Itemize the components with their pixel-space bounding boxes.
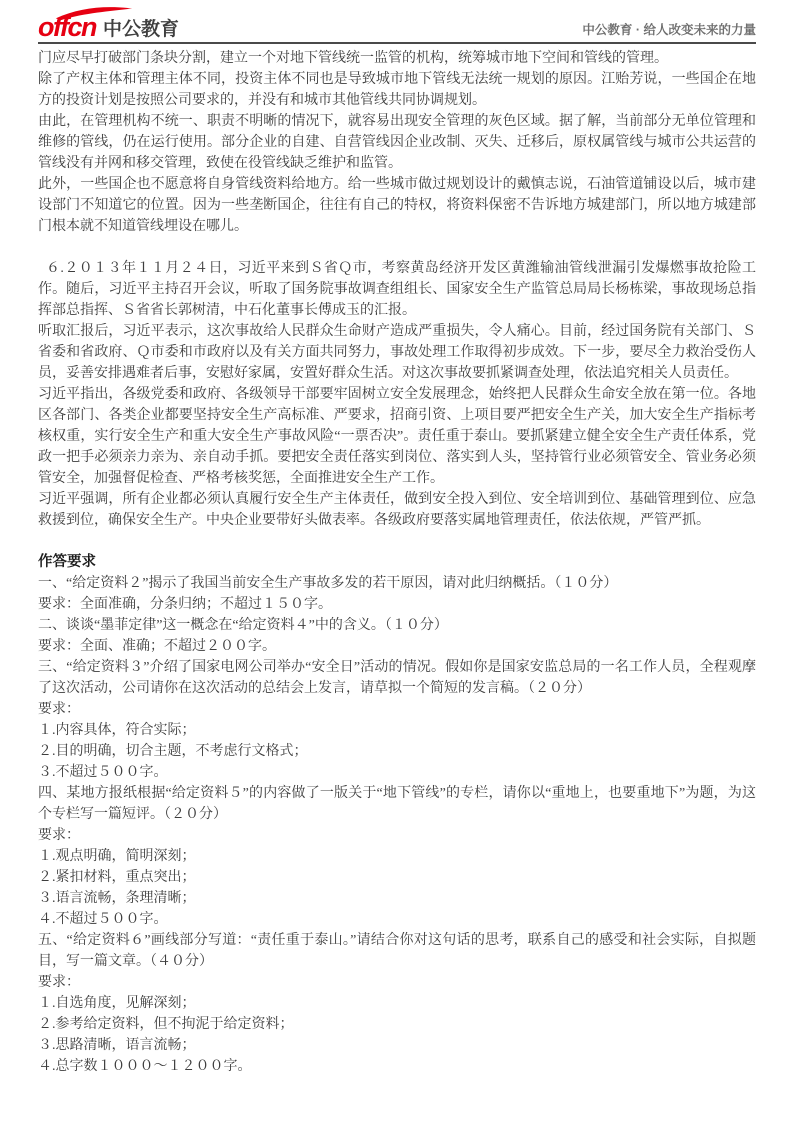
answer-line-requirement-label: 要求： [38, 825, 756, 846]
answer-line-requirement-item: ３.思路清晰，语言流畅； [38, 1035, 756, 1056]
body-paragraph: 除了产权主体和管理主体不同，投资主体不同也是导致城市地下管线无法统一规划的原因。… [38, 69, 756, 111]
blank-line [38, 531, 756, 552]
body-paragraph: 习近平指出，各级党委和政府、各级领导干部要牢固树立安全发展理念，始终把人民群众生… [38, 384, 756, 489]
offcn-logo: offcn 中公教育 [38, 16, 179, 39]
answer-line-requirement-item: ４.不超过５００字。 [38, 909, 756, 930]
answer-line-requirement-item: ４.总字数１０００～１２００字。 [38, 1056, 756, 1077]
answer-requirements-heading: 作答要求 [38, 552, 756, 573]
answer-line-requirement-item: ２.参考给定资料，但不拘泥于给定资料； [38, 1014, 756, 1035]
blank-line [38, 237, 756, 258]
logo-chinese-text: 中公教育 [103, 20, 179, 39]
header-slogan: 中公教育 · 给人改变未来的力量 [582, 20, 756, 39]
page-header: offcn 中公教育 中公教育 · 给人改变未来的力量 [38, 10, 756, 44]
document-page: offcn 中公教育 中公教育 · 给人改变未来的力量 门应尽早打破部门条块分割… [0, 0, 794, 1123]
answer-line-requirement: 要求：全面准确，分条归纳；不超过１５０字。 [38, 594, 756, 615]
answer-line-requirement-item: ３.语言流畅，条理清晰； [38, 888, 756, 909]
answer-line-question-1: 一、“给定资料２”揭示了我国当前安全生产事故多发的若干原因，请对此归纳概括。（１… [38, 573, 756, 594]
body-paragraph: ６.２０１３年１１月２４日，习近平来到Ｓ省Ｑ市，考察黄岛经济开发区黄潍输油管线泄… [38, 258, 756, 321]
body-paragraph: 门应尽早打破部门条块分割，建立一个对地下管线统一监管的机构，统筹城市地下空间和管… [38, 48, 756, 69]
answer-line-question-3: 三、“给定资料３”介绍了国家电网公司举办“安全日”活动的情况。假如你是国家安监总… [38, 657, 756, 699]
answer-line-requirement-item: １.内容具体，符合实际； [38, 720, 756, 741]
body-paragraph: 由此，在管理机构不统一、职责不明晰的情况下，就容易出现安全管理的灰色区域。据了解… [38, 111, 756, 174]
answer-line-requirement: 要求：全面、准确；不超过２００字。 [38, 636, 756, 657]
answer-line-requirement-item: ２.紧扣材料，重点突出； [38, 867, 756, 888]
answer-line-question-5: 五、“给定资料６”画线部分写道：“责任重于泰山。”请结合你对这句话的思考，联系自… [38, 930, 756, 972]
document-body: 门应尽早打破部门条块分割，建立一个对地下管线统一监管的机构，统筹城市地下空间和管… [38, 44, 756, 1077]
answer-line-requirement-label: 要求： [38, 699, 756, 720]
body-paragraph: 听取汇报后，习近平表示，这次事故给人民群众生命财产造成严重损失，令人痛心。目前，… [38, 321, 756, 384]
answer-line-question-2: 二、谈谈“墨菲定律”这一概念在“给定资料４”中的含义。（１０分） [38, 615, 756, 636]
logo-swoosh-icon [52, 5, 136, 21]
answer-line-requirement-item: １.自选角度，见解深刻； [38, 993, 756, 1014]
answer-line-requirement-item: １.观点明确，简明深刻； [38, 846, 756, 867]
answer-line-requirement-item: ２.目的明确，切合主题，不考虑行文格式； [38, 741, 756, 762]
answer-line-question-4: 四、某地方报纸根据“给定资料５”的内容做了一版关于“地下管线”的专栏，请你以“重… [38, 783, 756, 825]
answer-line-requirement-item: ３.不超过５００字。 [38, 762, 756, 783]
body-paragraph: 此外，一些国企也不愿意将自身管线资料给地方。给一些城市做过规划设计的戴慎志说，石… [38, 174, 756, 237]
body-paragraph: 习近平强调，所有企业都必须认真履行安全生产主体责任，做到安全投入到位、安全培训到… [38, 489, 756, 531]
answer-line-requirement-label: 要求： [38, 972, 756, 993]
